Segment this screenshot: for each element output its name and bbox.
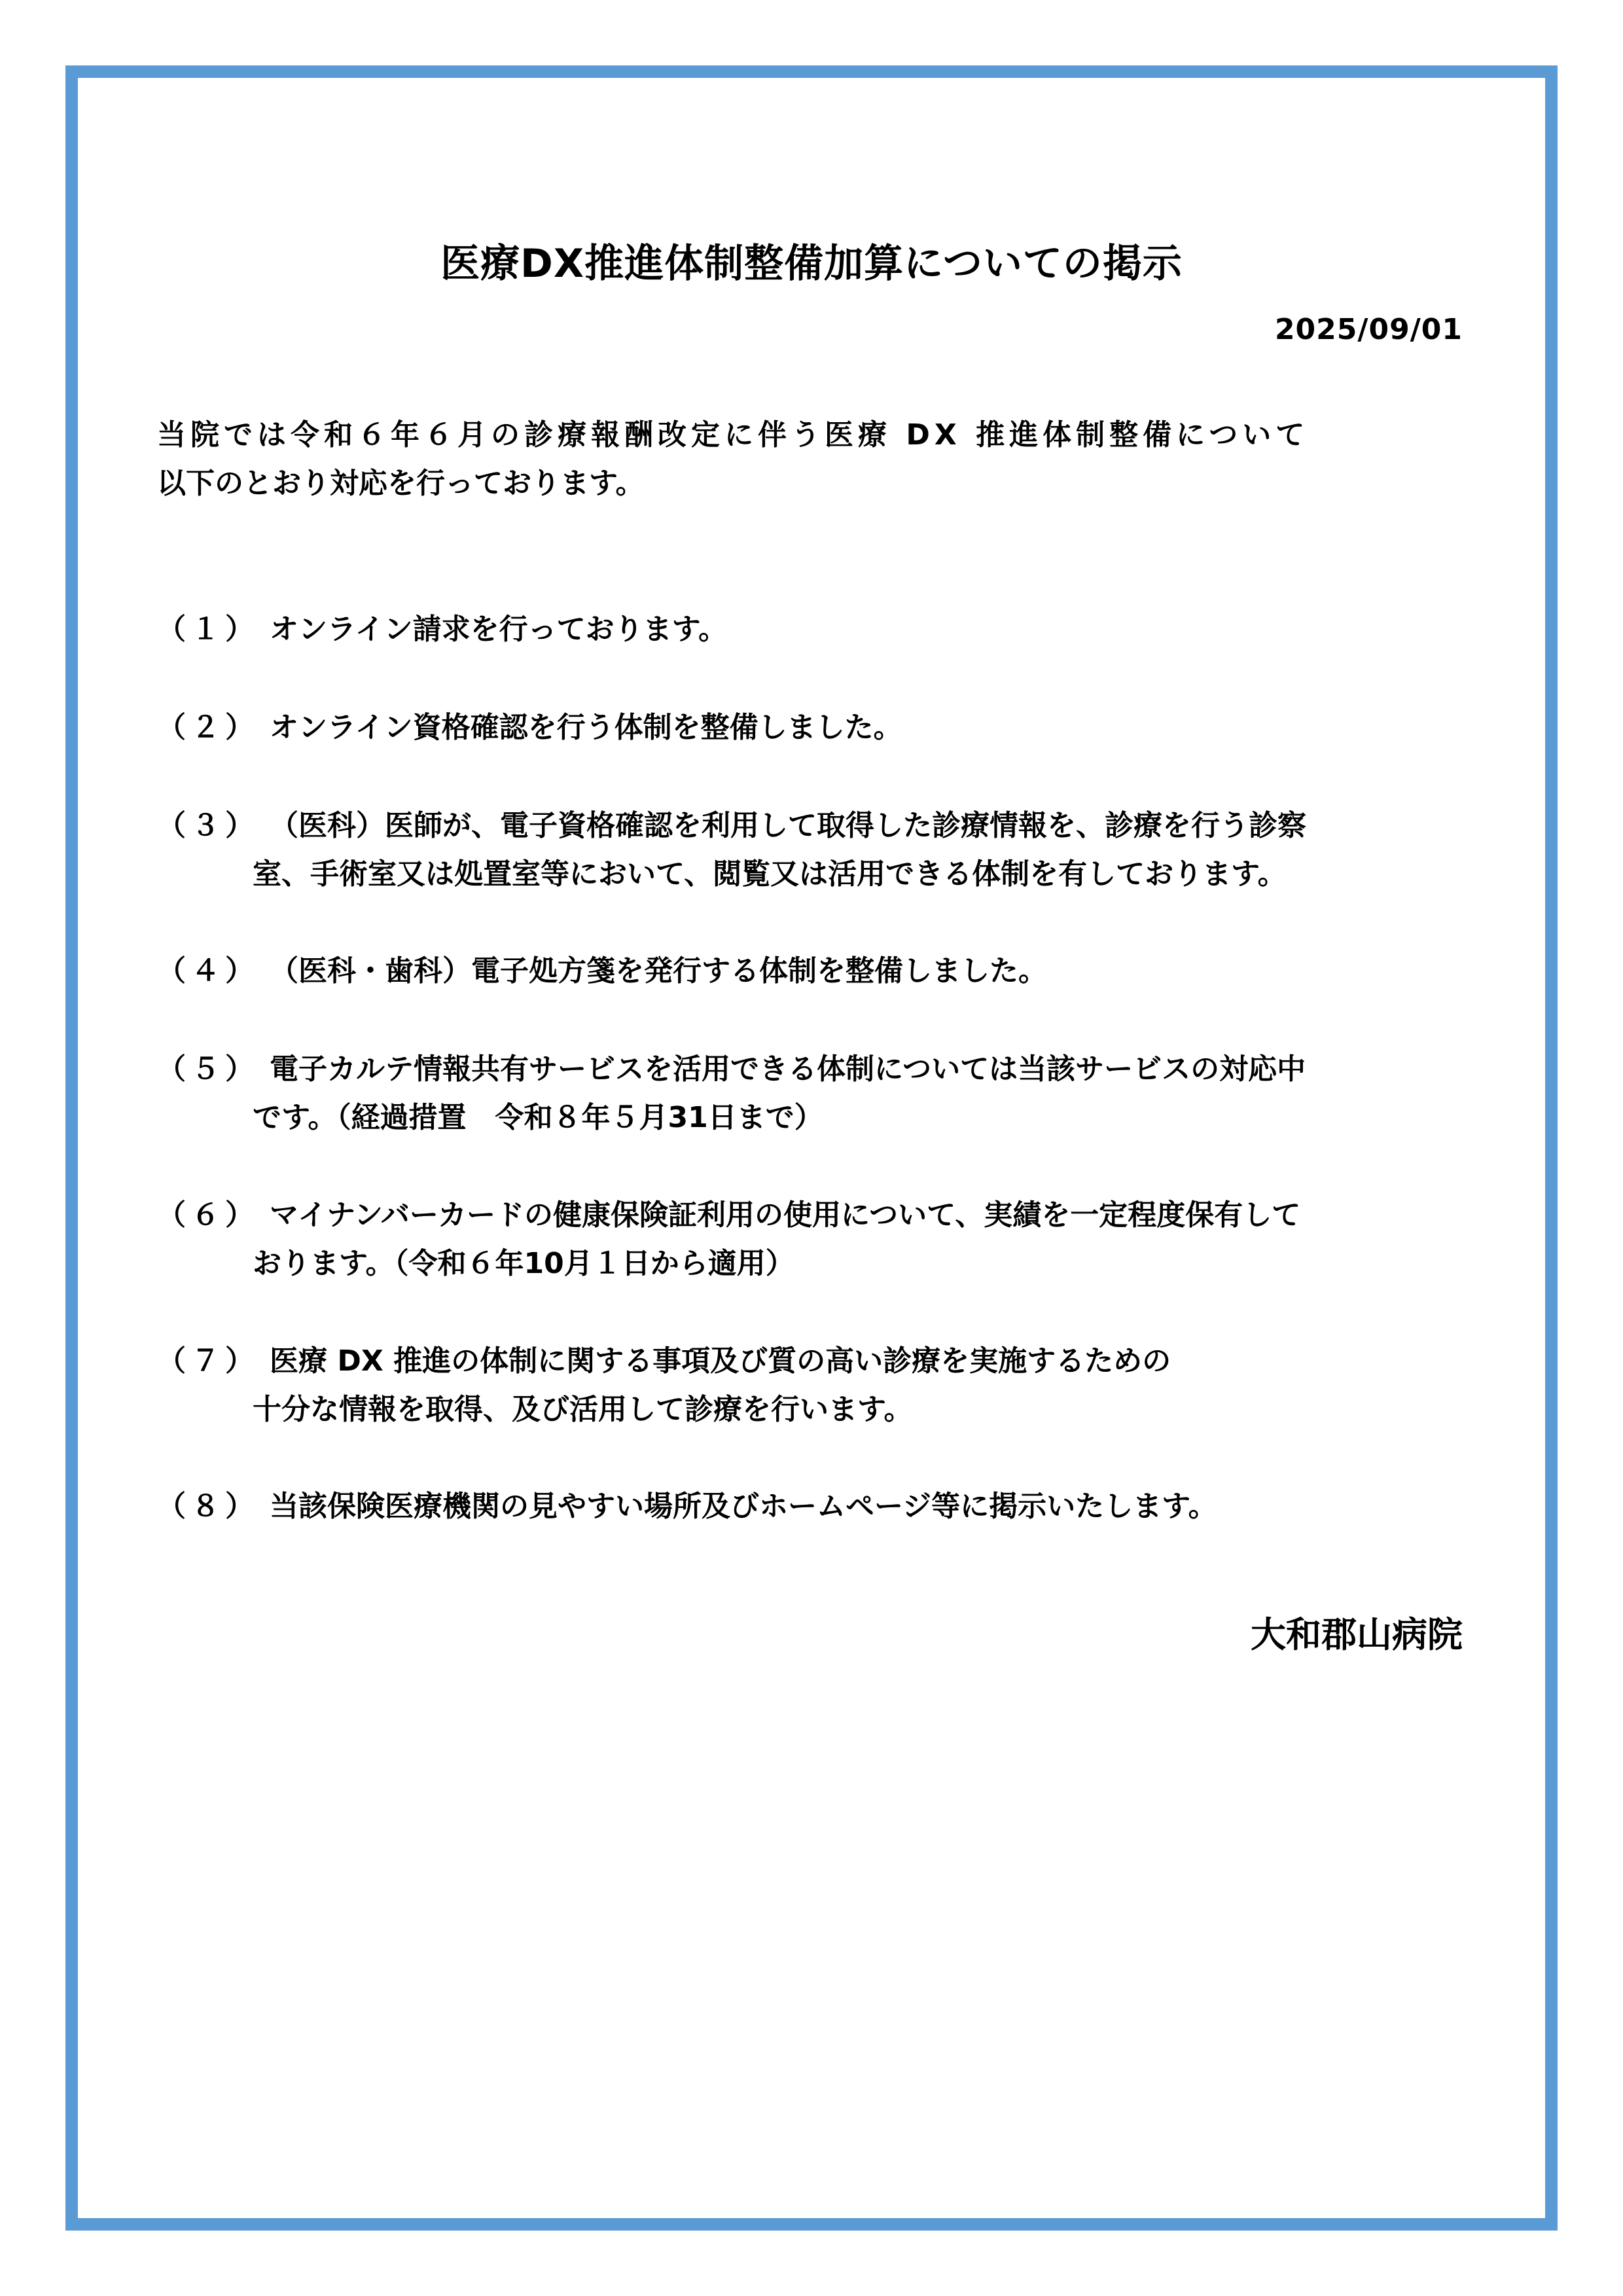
list-item-2: （２） オンライン資格確認を行う体制を整備しました。	[157, 704, 1466, 752]
item-number: （５）	[157, 1045, 259, 1094]
item-number: （８）	[157, 1482, 259, 1531]
document-title: 医療DX推進体制整備加算についての掲示	[0, 232, 1623, 289]
item-text: 当該保険医療機関の見やすい場所及びホームページ等に掲示いたします。	[157, 1482, 1466, 1531]
item-number: （７）	[157, 1337, 259, 1386]
item-text: オンライン請求を行っております。	[157, 605, 1466, 654]
list-item-5: （５） 電子カルテ情報共有サービスを活用できる体制については当該サービスの対応中…	[157, 1045, 1466, 1142]
item-number: （２）	[157, 704, 259, 752]
item-text: （医科・歯科）電子処方箋を発行する体制を整備しました。	[157, 947, 1466, 996]
item-text-continuation: です。（経過措置 令和８年５月31日まで）	[157, 1094, 1466, 1142]
intro-line-1: 当院では令和６年６月の診療報酬改定に伴う医療 DX 推進体制整備について	[157, 411, 1466, 459]
list-item-3: （３） （医科）医師が、電子資格確認を利用して取得した診療情報を、診療を行う診察…	[157, 802, 1466, 899]
intro-line-2: 以下のとおり対応を行っております。	[157, 459, 1466, 508]
item-text: （医科）医師が、電子資格確認を利用して取得した診療情報を、診療を行う診察	[157, 802, 1466, 850]
item-text: 医療 DX 推進の体制に関する事項及び質の高い診療を実施するための	[157, 1337, 1466, 1386]
item-text: 電子カルテ情報共有サービスを活用できる体制については当該サービスの対応中	[157, 1045, 1466, 1094]
document-date: 2025/09/01	[1275, 313, 1463, 346]
item-text-continuation: 室、手術室又は処置室等において、閲覧又は活用できる体制を有しております。	[157, 850, 1466, 899]
list-item-7: （７） 医療 DX 推進の体制に関する事項及び質の高い診療を実施するための 十分…	[157, 1337, 1466, 1434]
item-text-continuation: 十分な情報を取得、及び活用して診療を行います。	[157, 1386, 1466, 1434]
list-item-6: （６） マイナンバーカードの健康保険証利用の使用について、実績を一定程度保有して…	[157, 1191, 1466, 1288]
item-text-continuation: おります。（令和６年10月１日から適用）	[157, 1240, 1466, 1288]
item-text: オンライン資格確認を行う体制を整備しました。	[157, 704, 1466, 752]
list-item-4: （４） （医科・歯科）電子処方箋を発行する体制を整備しました。	[157, 947, 1466, 996]
list-item-1: （１） オンライン請求を行っております。	[157, 605, 1466, 654]
intro-paragraph: 当院では令和６年６月の診療報酬改定に伴う医療 DX 推進体制整備について 以下の…	[157, 411, 1466, 508]
item-number: （１）	[157, 605, 259, 654]
item-number: （４）	[157, 947, 259, 996]
item-number: （６）	[157, 1191, 259, 1240]
hospital-signature: 大和郡山病院	[1251, 1607, 1463, 1657]
item-text: マイナンバーカードの健康保険証利用の使用について、実績を一定程度保有して	[157, 1191, 1466, 1240]
list-item-8: （８） 当該保険医療機関の見やすい場所及びホームページ等に掲示いたします。	[157, 1482, 1466, 1531]
page-frame-border	[65, 65, 1558, 2231]
item-number: （３）	[157, 802, 259, 850]
